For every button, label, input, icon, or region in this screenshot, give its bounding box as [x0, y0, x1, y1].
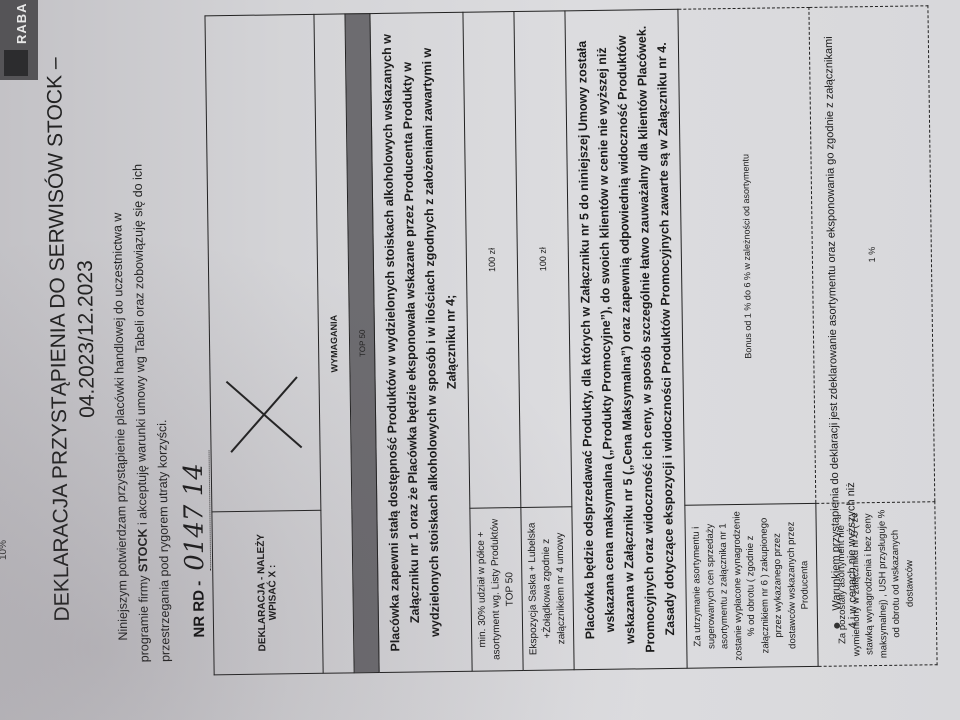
- document-title: DEKLARACJA PRZYSTĄPIENIA DO SERWISÓW STO…: [41, 19, 106, 660]
- requirement-cell: Za utrzymanie asortymentu i sugerowanych…: [685, 503, 818, 668]
- value-cell: 100 zł: [463, 12, 521, 509]
- nr-rd-row: NR RD - 0147 14: [179, 451, 213, 638]
- promo-paragraph-row: Placówka będzie odsprzedawać Produkty, d…: [565, 9, 687, 670]
- corner-note: 10%: [0, 540, 9, 560]
- table-row: min. 30% udział w półce + asortyment wg.…: [463, 12, 523, 672]
- bullet-icon: [834, 623, 840, 629]
- company-name: STOCK: [136, 528, 151, 572]
- promo-paragraph: Placówka będzie odsprzedawać Produkty, d…: [565, 9, 687, 670]
- top50-paragraph: Placówka zapewni stałą dostępność Produk…: [370, 12, 472, 672]
- requirement-cell: Ekspozycja Saska + Lubelska +Żołądkowa z…: [521, 507, 574, 671]
- declaration-label: DEKLARACJA - NALEŻY WPISAĆ X :: [212, 510, 323, 675]
- footnote-text: Warunkiem przystąpienia do deklaracji je…: [823, 36, 859, 628]
- requirement-cell: min. 30% udział w półce + asortyment wg.…: [470, 508, 523, 672]
- document-page: DEKLARACJA PRZYSTĄPIENIA DO SERWISÓW STO…: [13, 8, 922, 700]
- value-cell: 100 zł: [514, 11, 572, 508]
- top50-paragraph-row: Placówka zapewni stałą dostępność Produk…: [370, 12, 472, 672]
- table-row: Ekspozycja Saska + Lubelska +Żołądkowa z…: [514, 11, 574, 671]
- table-row: Za utrzymanie asortymentu i sugerowanych…: [678, 7, 818, 668]
- intro-text: i akceptuję warunki umowy wg Tabeli oraz…: [131, 164, 150, 529]
- intro-paragraph: Niniejszym potwierdzam przystąpienie pla…: [105, 62, 176, 663]
- handwritten-x-mark: [218, 374, 309, 465]
- intro-text: programie firmy: [136, 572, 151, 662]
- value-cell: Bonus od 1 % do 6 % w zależności od asor…: [678, 7, 815, 505]
- top50-label: TOP 50: [357, 330, 366, 357]
- nr-rd-field[interactable]: 0147 14: [179, 451, 212, 571]
- nr-rd-label: NR RD -: [190, 581, 208, 638]
- declaration-row: DEKLARACJA - NALEŻY WPISAĆ X :: [205, 14, 323, 674]
- declaration-mark-cell[interactable]: [205, 14, 321, 511]
